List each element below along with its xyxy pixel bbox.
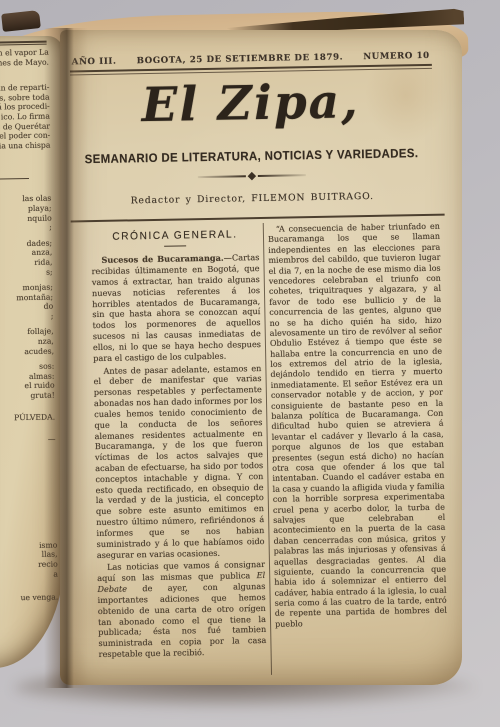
divider-diamond [248, 172, 256, 180]
photo-of-open-book: En el vapor La mes de Mayo. lan de repar… [0, 0, 500, 727]
masthead-title: El Zipa, [56, 77, 445, 131]
article-paragraph-3: Las noticias que vamos á consignar aquí … [97, 559, 267, 660]
article-paragraph-1-body: —Cartas recibidas últimamente en Bogotá,… [91, 252, 261, 363]
newspaper-page: AÑO III. BOGOTA, 25 DE SETIEMBRE DE 1879… [55, 26, 469, 688]
article-paragraph-2: Antes de pasar adelante, estamos en el d… [93, 363, 265, 561]
paragraph-3-before: Las noticias que vamos á consignar aquí … [97, 559, 265, 583]
left-page-text-fragment: mes de Mayo. [0, 57, 49, 68]
masthead-subtitle: SEMANARIO DE LITERATURA, NOTICIAS Y VARI… [71, 146, 432, 167]
left-column: CRÓNICA GENERAL. Sucesos de Bucaramanga.… [91, 228, 267, 662]
right-page: AÑO III. BOGOTA, 25 DE SETIEMBRE DE 1879… [60, 30, 462, 685]
divider-left-bar [198, 175, 246, 178]
section-heading: CRÓNICA GENERAL. [94, 228, 256, 245]
divider-right-bar [258, 174, 306, 177]
left-page-text-fragment: ico. Lo firma [0, 112, 50, 123]
left-page-text-fragment: cia una chispa [0, 140, 50, 151]
masthead-divider-icon [58, 170, 446, 183]
left-page-text-fragment: En el vapor La [0, 48, 49, 59]
issue-number: NUMERO 10 [363, 51, 430, 62]
issue-date: BOGOTA, 25 DE SETIEMBRE DE 1879. [137, 52, 344, 66]
letter-excerpt-paragraph: “A consecuencia de haber triunfado en Bu… [268, 222, 447, 630]
left-page-double-rule-bottom [0, 44, 47, 46]
columns-top-rule [71, 214, 445, 222]
section-heading-dash [164, 245, 186, 247]
right-column: “A consecuencia de haber triunfado en Bu… [268, 222, 447, 632]
book-gutter-shadow [44, 28, 88, 688]
book-spine-fragment [1, 10, 41, 32]
left-page-double-rule-top [0, 41, 47, 44]
director-line: Redactor y Director, FILEMON BUITRAGO. [58, 190, 446, 208]
article-paragraph-1: Sucesos de Bucaramanga.—Cartas recibidas… [91, 252, 261, 363]
